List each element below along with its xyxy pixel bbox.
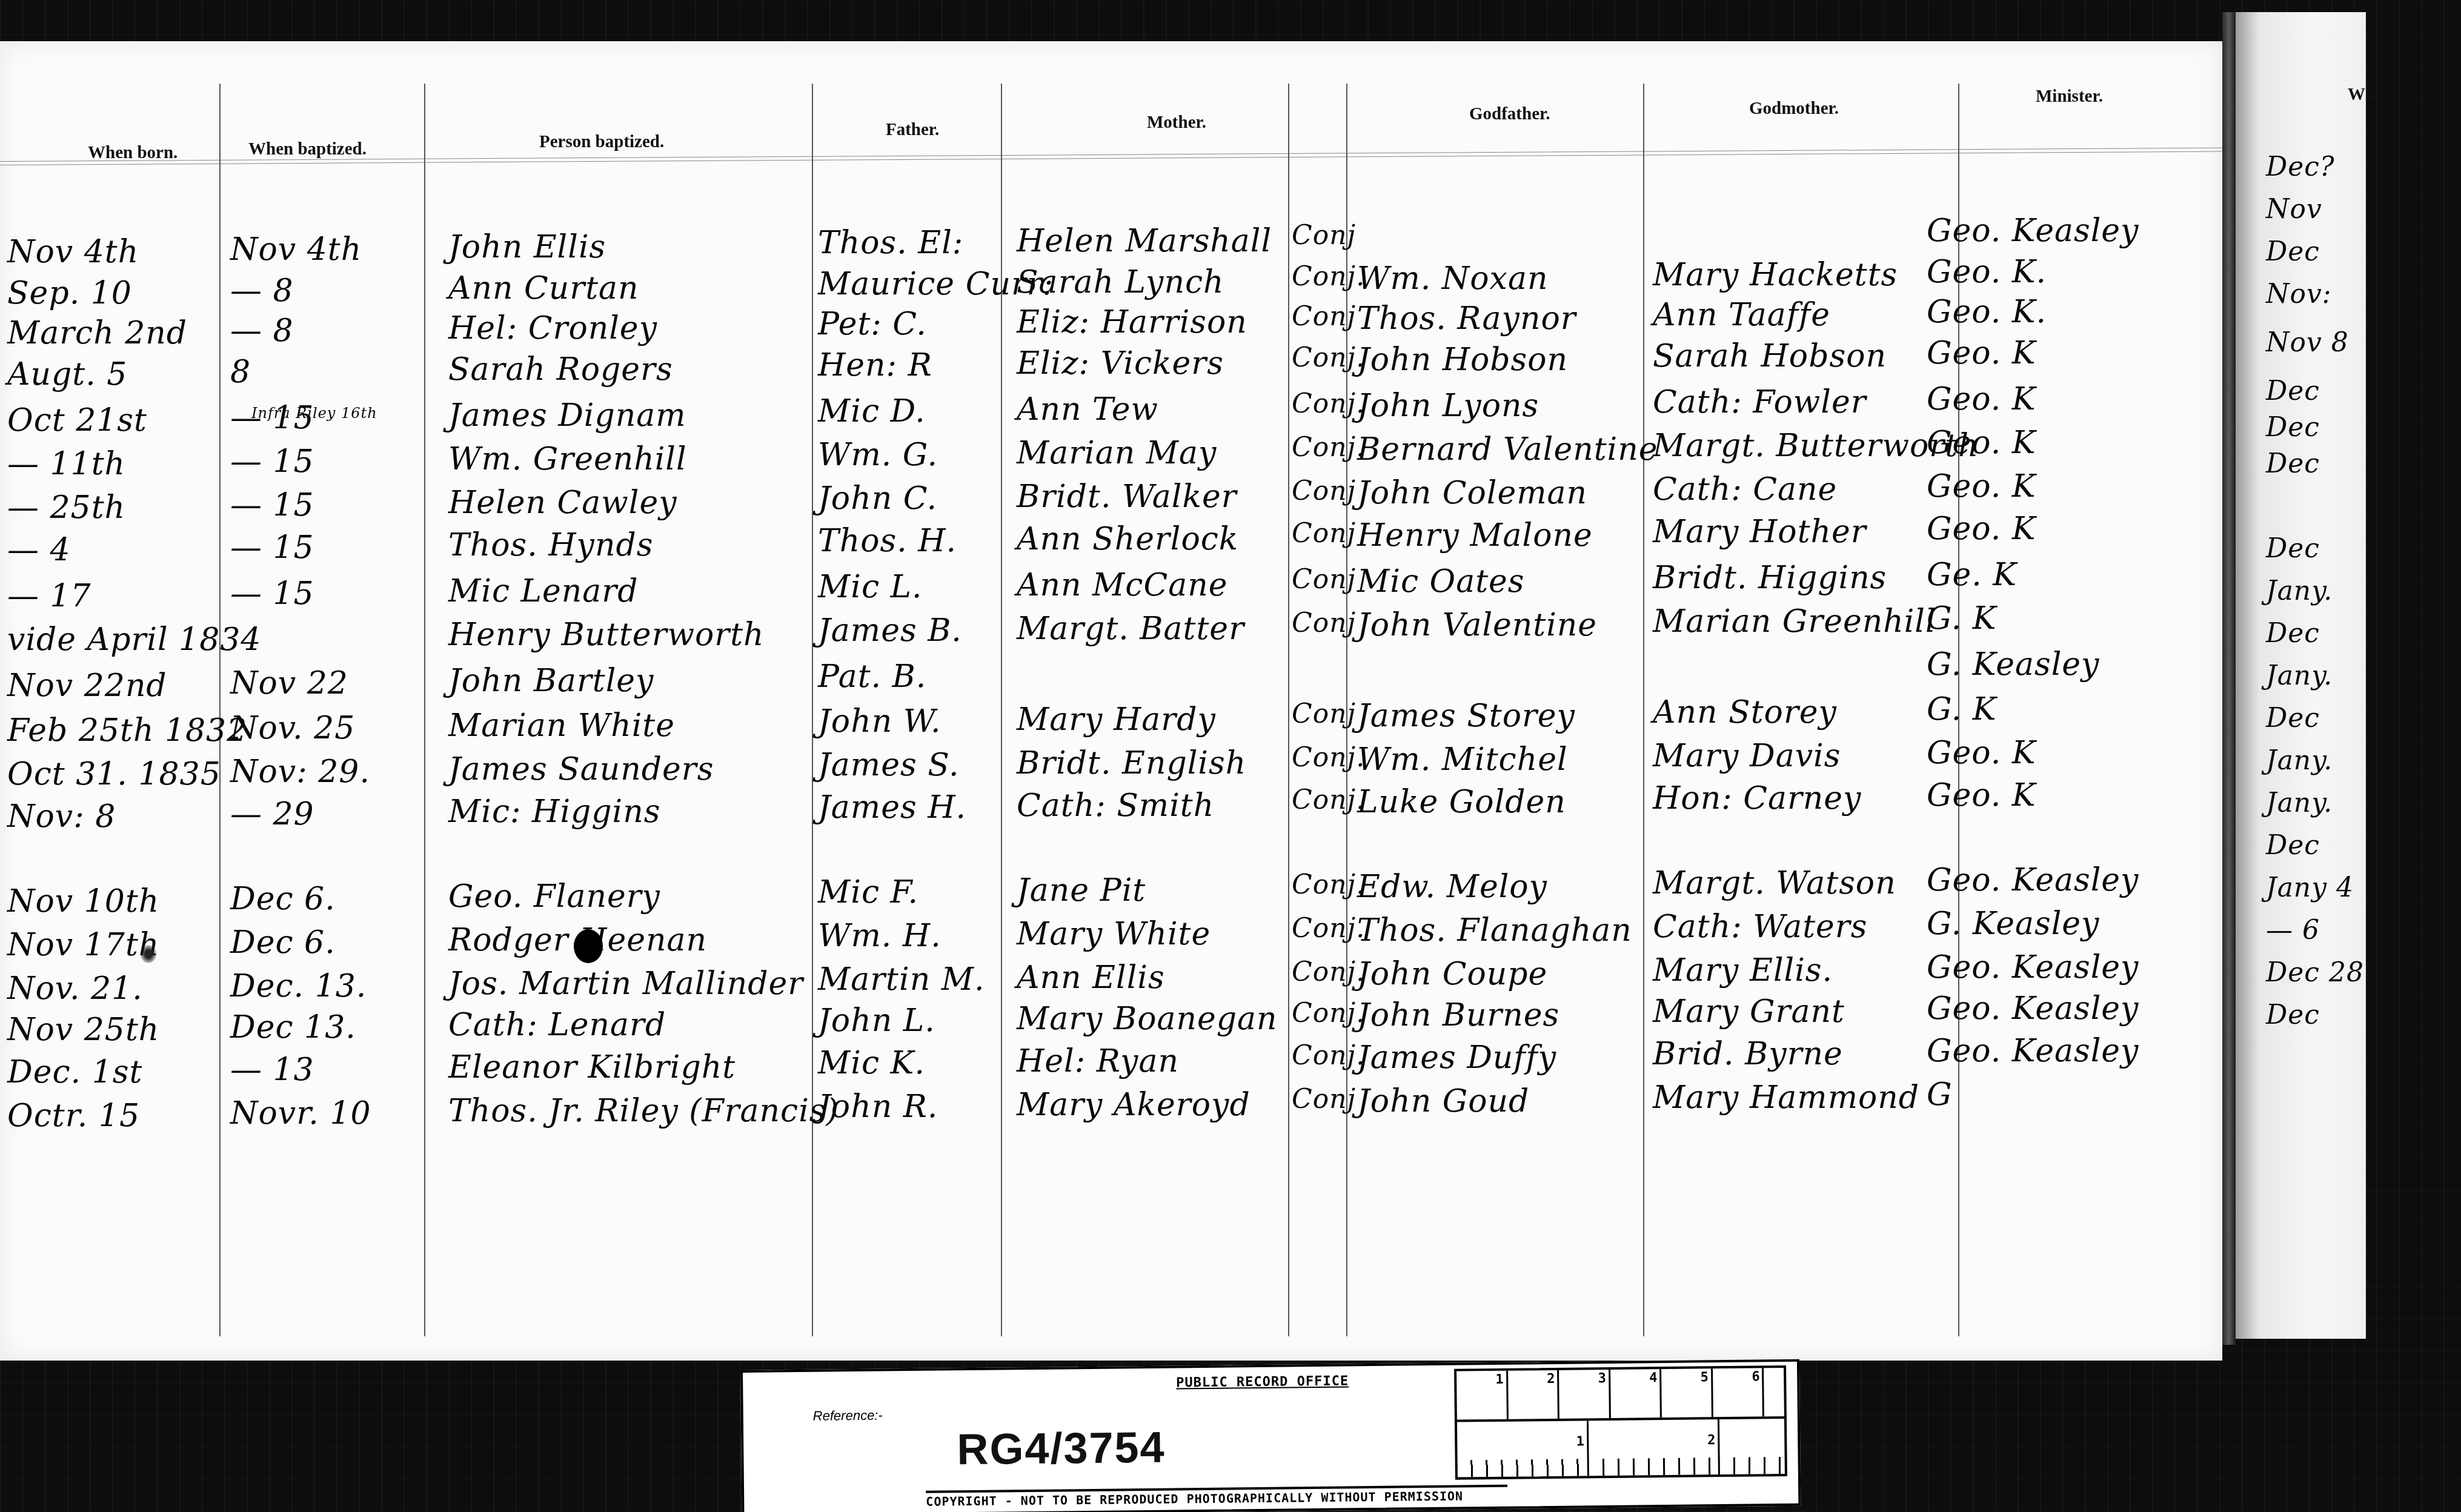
conj-cell: Conj [1292, 220, 1356, 251]
minister-cell: G. Keasley [1927, 906, 2099, 942]
ruler-inch-label: 2 [1707, 1433, 1716, 1448]
godmother-cell: Ann Taaffe [1653, 297, 1830, 333]
godmother-cell: Cath: Waters [1653, 909, 1867, 945]
godfather-cell: John Valentine [1357, 607, 1597, 643]
mother-cell: Ann McCane [1017, 567, 1227, 603]
person-baptized-cell: Cath: Lenard [448, 1007, 666, 1043]
godmother-cell: Mary Hother [1653, 514, 1867, 550]
father-cell: Pat. B. [818, 658, 926, 695]
mother-cell: Mary Hardy [1017, 701, 1216, 738]
godmother-cell: Mary Davis [1653, 738, 1841, 774]
mother-cell: Ann Ellis [1017, 960, 1165, 996]
ink-smudge [141, 945, 156, 963]
person-baptized-cell: Marian White [448, 708, 675, 744]
father-cell: Mic F. [818, 874, 918, 910]
next-page-date: Dec [2266, 830, 2320, 861]
ruler-cm-scale: 1 2 3 4 5 6 [1456, 1368, 1784, 1422]
when-born-cell: Dec. 1st [7, 1054, 142, 1090]
conj-cell: Conj. [1292, 1040, 1365, 1071]
reference-card: PUBLIC RECORD OFFICE Reference:- RG4/375… [740, 1359, 1801, 1512]
conj-cell: Conj [1292, 698, 1356, 729]
person-baptized-cell: Ann Curtan [448, 270, 639, 307]
when-baptized-cell: — 8 [230, 273, 294, 309]
conj-cell: Conj [1292, 1084, 1356, 1115]
when-baptized-cell: — 13 [230, 1052, 314, 1088]
person-baptized-cell: Mic Lenard [448, 573, 638, 609]
godmother-cell: Cath: Fowler [1653, 384, 1867, 420]
father-cell: John R. [818, 1089, 938, 1125]
register-page: When born. When baptized. Person baptize… [0, 41, 2222, 1361]
column-divider [812, 84, 813, 1336]
when-baptized-cell: Dec 6. [230, 924, 336, 961]
mother-cell: Bridt. English [1017, 745, 1246, 781]
conj-cell: Conj. [1292, 432, 1365, 463]
column-divider [1288, 84, 1289, 1336]
when-baptized-cell: Dec 13. [230, 1009, 356, 1046]
next-page-date: Jany 4 [2266, 872, 2354, 903]
next-page-date: Dec? [2266, 151, 2335, 182]
header-person-baptized: Person baptized. [539, 132, 664, 152]
godfather-cell: John Coupe [1357, 956, 1547, 992]
person-baptized-cell: Hel: Cronley [448, 310, 657, 346]
mother-cell: Ann Tew [1017, 391, 1158, 428]
when-born-cell: Nov 22nd [7, 668, 167, 704]
godfather-cell: Thos. Raynor [1357, 300, 1576, 337]
next-page-date: Dec [2266, 448, 2320, 479]
person-baptized-cell: John Ellis [448, 229, 606, 265]
next-page-date: Jany. [2266, 575, 2333, 606]
godfather-cell: Henry Malone [1357, 517, 1593, 554]
father-cell: Mic K. [818, 1045, 925, 1081]
mother-cell: Jane Pit [1017, 872, 1146, 909]
ruler-cm-label: 6 [1752, 1369, 1760, 1384]
minister-cell: Ge. K [1927, 557, 2017, 593]
when-born-cell: Octr. 15 [7, 1098, 140, 1134]
mother-cell: Hel: Ryan [1017, 1043, 1179, 1079]
father-cell: James H. [818, 789, 966, 826]
ruler-inch-label: 1 [1576, 1434, 1585, 1449]
mother-cell: Mary White [1017, 916, 1211, 952]
next-page-date: Dec [2266, 236, 2320, 267]
when-born-cell: Nov: 8 [7, 798, 116, 835]
father-cell: Thos. H. [818, 523, 957, 559]
godfather-cell: James Duffy [1357, 1039, 1556, 1076]
godfather-cell: John Burnes [1357, 997, 1559, 1033]
minister-cell: Geo. K [1927, 381, 2036, 417]
minister-cell: G. K [1927, 600, 1997, 637]
when-born-cell: Feb 25th 1832 [7, 712, 247, 749]
person-baptized-cell: Thos. Hynds [448, 527, 653, 563]
ruler-cm-label: 2 [1547, 1371, 1555, 1387]
godfather-cell: Wm. Mitchel [1357, 741, 1568, 778]
next-page-date: Jany. [2266, 787, 2333, 818]
father-cell: John C. [818, 480, 937, 517]
ruler-cm-label: 5 [1701, 1370, 1709, 1385]
next-page-date: Jany. [2266, 660, 2333, 691]
conj-cell: Conj. [1292, 388, 1365, 419]
when-baptized-cell: — 29 [230, 796, 314, 832]
conj-cell: Conj. [1292, 913, 1365, 944]
ruler-cm-label: 3 [1598, 1371, 1607, 1386]
godfather-cell: John Hobson [1357, 342, 1568, 378]
when-born-cell: — 17 [7, 578, 91, 614]
reference-label: Reference:- [813, 1408, 883, 1424]
godmother-cell: Cath: Cane [1653, 471, 1837, 508]
father-cell: Pet: C. [818, 306, 927, 342]
when-born-cell: — 4 [7, 532, 71, 568]
next-page-date: — 6 [2266, 915, 2320, 946]
mother-cell: Ann Sherlock [1017, 521, 1238, 557]
godfather-cell: James Storey [1357, 698, 1575, 734]
next-page-date: Dec 28 [2266, 957, 2364, 988]
header-father: Father. [886, 120, 939, 140]
next-page-date: Dec [2266, 376, 2320, 406]
next-page-date: Dec [2266, 533, 2320, 564]
header-mother: Mother. [1147, 113, 1206, 133]
minister-cell: Geo. K [1927, 335, 2036, 371]
mother-cell: Margt. Batter [1017, 611, 1244, 647]
godfather-cell: John Lyons [1357, 388, 1539, 424]
minister-cell: Geo. K. [1927, 294, 2047, 330]
header-godmother: Godmother. [1749, 99, 1839, 119]
conj-cell: Conj. [1292, 342, 1365, 373]
godfather-cell: Mic Oates [1357, 563, 1525, 600]
person-baptized-cell: Helen Cawley [448, 485, 677, 521]
column-divider [1643, 84, 1644, 1336]
header-godfather: Godfather. [1469, 104, 1550, 124]
father-cell: James S. [818, 747, 959, 783]
person-baptized-cell: Sarah Rogers [448, 351, 673, 388]
next-page-strip: Wh Dec?NovDecNov:Nov 8DecDecDecDecJany.D… [2236, 12, 2366, 1339]
godmother-cell: Sarah Hobson [1653, 338, 1887, 374]
minister-cell: Geo. K [1927, 511, 2036, 547]
copyright-notice: COPYRIGHT - NOT TO BE REPRODUCED PHOTOGR… [926, 1485, 1507, 1509]
person-baptized-cell: Henry Butterworth [448, 617, 765, 653]
mother-cell: Eliz: Vickers [1017, 345, 1224, 382]
father-cell: Martin M. [818, 961, 985, 998]
when-born-cell: Nov 25th [7, 1012, 159, 1048]
when-born-cell: — 25th [7, 489, 125, 526]
next-page-date: Nov [2266, 194, 2322, 225]
godfather-cell: Luke Golden [1357, 784, 1566, 820]
godfather-cell: John Goud [1357, 1083, 1529, 1119]
father-cell: John W. [818, 703, 942, 740]
when-born-cell: Augt. 5 [7, 356, 127, 393]
godfather-cell: Edw. Meloy [1357, 869, 1547, 905]
when-baptized-cell: — 15 [230, 443, 314, 480]
header-minister: Minister. [2036, 87, 2103, 107]
when-baptized-cell: Dec 6. [230, 881, 336, 917]
minister-cell: Geo. K [1927, 468, 2036, 505]
godfather-cell: Bernard Valentine [1357, 431, 1658, 468]
conj-cell: Conj [1292, 608, 1356, 638]
conj-cell: Conj [1292, 301, 1356, 332]
when-born-cell: Nov 17th [7, 927, 159, 963]
ruler-cm-label: 1 [1495, 1372, 1504, 1387]
when-born-cell: Oct 21st [7, 402, 147, 439]
when-baptized-cell: Dec. 13. [230, 968, 367, 1004]
conj-cell: Conj [1292, 518, 1356, 549]
godmother-cell: Marian Greenhill [1653, 603, 1936, 640]
conj-cell: Conj. [1292, 261, 1365, 292]
godmother-cell: Mary Ellis. [1653, 952, 1833, 989]
father-cell: James B. [818, 612, 962, 649]
scale-ruler: 1 2 3 4 5 6 1 2 [1454, 1365, 1787, 1480]
when-born-cell: vide April 1834 [7, 622, 261, 658]
godmother-cell: Brid. Byrne [1653, 1036, 1843, 1072]
minister-cell: Geo. K [1927, 425, 2036, 461]
father-cell: Wm. G. [818, 437, 938, 473]
ruler-cm-label: 4 [1649, 1370, 1658, 1385]
next-page-date: Dec [2266, 618, 2320, 649]
godmother-cell: Mary Hacketts [1653, 257, 1898, 293]
mother-cell: Sarah Lynch [1017, 264, 1224, 300]
next-page-date: Dec [2266, 412, 2320, 443]
next-page-date: Dec [2266, 703, 2320, 734]
godmother-cell: Bridt. Higgins [1653, 560, 1887, 596]
mother-cell: Mary Akeroyd [1017, 1087, 1250, 1123]
when-born-cell: — 11th [7, 446, 125, 482]
when-baptized-cell: Nov: 29. [230, 754, 370, 790]
father-cell: Mic D. [818, 393, 926, 429]
father-cell: John L. [818, 1003, 935, 1039]
minister-cell: Geo. Keasley [1927, 949, 2139, 986]
mother-cell: Eliz: Harrison [1017, 304, 1247, 340]
mother-cell: Bridt. Walker [1017, 479, 1237, 515]
when-born-cell: Sep. 10 [7, 275, 132, 311]
when-baptized-cell: Novr. 10 [230, 1095, 371, 1132]
when-baptized-cell: 8 [230, 354, 251, 390]
minister-cell: G. K [1927, 691, 1997, 728]
mother-cell: Helen Marshall [1017, 223, 1272, 259]
person-baptized-cell: Jos. Martin Mallinder [448, 966, 803, 1002]
person-baptized-cell: Wm. Greenhill [448, 441, 687, 477]
reference-code: RG4/3754 [957, 1423, 1166, 1475]
minister-cell: Geo. Keasley [1927, 213, 2139, 249]
next-page-date: Nov: [2266, 279, 2332, 310]
person-baptized-cell: Eleanor Kilbright [448, 1049, 736, 1086]
godmother-cell: Mary Hammond [1653, 1079, 1919, 1116]
when-born-cell: March 2nd [7, 315, 187, 351]
godmother-cell: Hon: Carney [1653, 780, 1861, 817]
column-divider [424, 84, 425, 1336]
mother-cell: Marian May [1017, 435, 1217, 471]
when-born-cell: Nov 10th [7, 883, 159, 920]
godfather-cell: Wm. Noxan [1357, 260, 1548, 297]
father-cell: Thos. El: [818, 225, 963, 261]
minister-cell: G [1927, 1076, 1953, 1113]
conj-cell: Conj. [1292, 742, 1365, 773]
godmother-cell: Margt. Watson [1653, 865, 1896, 901]
minister-cell: Geo. Keasley [1927, 1033, 2139, 1069]
mother-cell: Cath: Smith [1017, 787, 1214, 824]
person-baptized-cell: Mic: Higgins [448, 794, 660, 830]
person-baptized-cell: Geo. Flanery [448, 878, 660, 915]
person-baptized-cell: Thos. Jr. Riley (Francis) [448, 1093, 839, 1129]
father-cell: Hen: R [818, 347, 932, 383]
header-when-baptized: When baptized. [248, 139, 367, 159]
when-baptized-cell: Nov 4th [230, 231, 362, 268]
person-baptized-cell: James Saunders [448, 751, 714, 787]
when-baptized-cell: — 15 [230, 575, 314, 612]
godmother-cell: Mary Grant [1653, 993, 1845, 1030]
godfather-cell: John Coleman [1357, 475, 1587, 511]
person-baptized-cell: John Bartley [448, 663, 654, 699]
next-page-date: Dec [2266, 1000, 2320, 1030]
conj-cell: Conj. [1292, 869, 1365, 900]
father-cell: Mic L. [818, 569, 923, 605]
conj-cell: Conj. [1292, 957, 1365, 987]
minister-cell: Geo. Keasley [1927, 862, 2139, 898]
next-page-date: Nov 8 [2266, 327, 2349, 358]
when-baptized-cell: — 15 [230, 529, 314, 566]
ruler-inch-scale: 1 2 [1457, 1419, 1785, 1477]
when-baptized-cell: Nov. 25 [230, 710, 355, 746]
conj-cell: Conj. [1292, 998, 1365, 1029]
ink-blot [574, 929, 603, 963]
mother-cell: Mary Boanegan [1017, 1001, 1278, 1037]
when-baptized-cell: — 15 [230, 487, 314, 523]
conj-cell: Conj [1292, 564, 1356, 595]
public-record-office-title: PUBLIC RECORD OFFICE [1176, 1373, 1349, 1390]
father-cell: Wm. H. [818, 918, 942, 954]
person-baptized-cell: James Dignam [448, 397, 686, 434]
next-page-header: Wh [2348, 85, 2375, 105]
minister-cell: Geo. K [1927, 735, 2036, 771]
conj-cell: Conj. [1292, 784, 1365, 815]
conj-cell: Conj [1292, 476, 1356, 506]
when-baptized-cell: — 8 [230, 313, 294, 349]
godfather-cell: Thos. Flanaghan [1357, 912, 1632, 949]
margin-note-infra-riley: Infra Riley 16th [251, 405, 377, 422]
when-born-cell: Nov. 21. [7, 970, 143, 1007]
when-born-cell: Nov 4th [7, 234, 139, 270]
header-when-born: When born. [88, 143, 178, 163]
book-spine [2222, 12, 2236, 1345]
godmother-cell: Ann Storey [1653, 694, 1837, 731]
minister-cell: G. Keasley [1927, 646, 2099, 683]
when-baptized-cell: Nov 22 [230, 665, 348, 701]
next-page-date: Jany. [2266, 745, 2333, 776]
minister-cell: Geo. K. [1927, 254, 2047, 290]
column-divider [219, 84, 221, 1336]
minister-cell: Geo. K [1927, 777, 2036, 814]
when-born-cell: Oct 31. 1835 [7, 756, 221, 792]
minister-cell: Geo. Keasley [1927, 990, 2139, 1027]
